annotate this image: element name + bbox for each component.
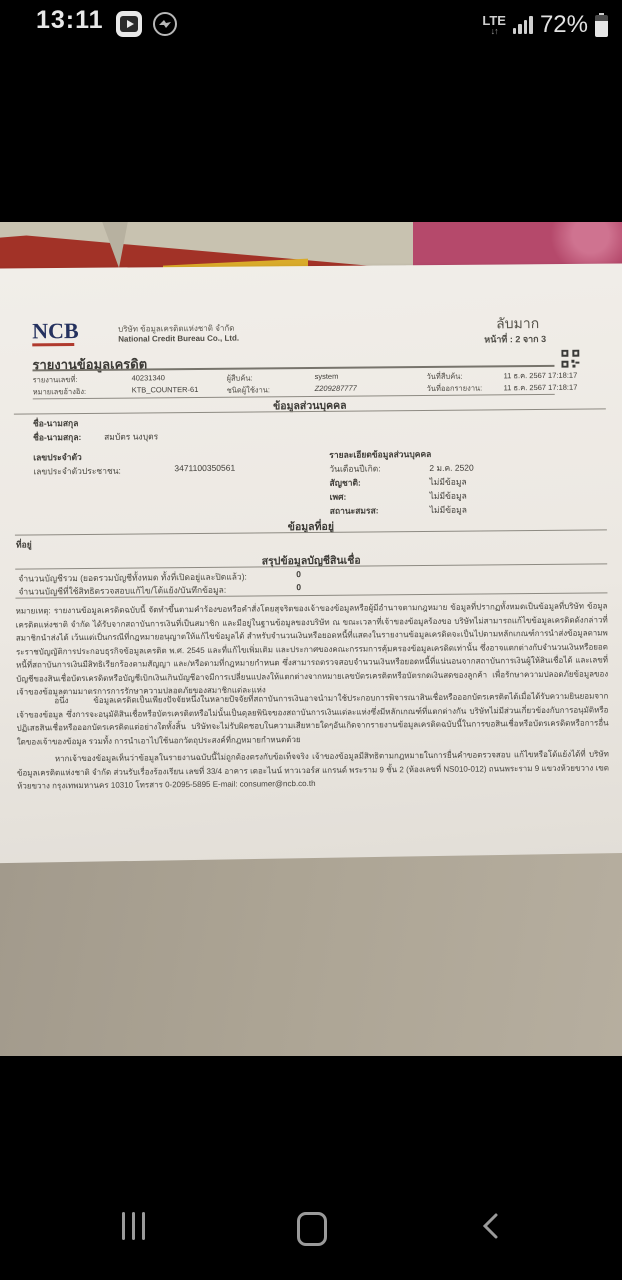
youtube-notification-icon <box>116 11 142 37</box>
phone-screen: 13:11 LTE ↓↑ 72% <box>0 0 622 1280</box>
name-value: สมบัตร นงบุตร <box>104 429 158 443</box>
inquiry-date-label: วันที่สืบค้น: <box>427 371 463 383</box>
note-paragraph: หมายเหตุ: รายงานข้อมูลเครดิตฉบับนี้ จัดท… <box>16 599 609 699</box>
birth-value: 2 ม.ค. 2520 <box>429 461 473 475</box>
recents-button[interactable] <box>122 1212 145 1240</box>
home-button[interactable] <box>297 1212 327 1246</box>
name-label: ชื่อ-นามสกุล: <box>33 430 81 444</box>
user-type-label: ชนิดผู้ใช้งาน: <box>227 384 270 396</box>
battery-percent: 72% <box>540 11 588 39</box>
marital-label: สถานะสมรส: <box>330 503 379 517</box>
summary-row2-value: 0 <box>296 582 301 592</box>
contact-paragraph: หากเจ้าของข้อมูลเห็นว่าข้อมูลในรายงานฉบั… <box>17 747 609 793</box>
report-title: รายงานข้อมูลเครดิต <box>32 353 147 375</box>
ncb-logo-text: NCB <box>32 320 79 342</box>
inquirer-value: system <box>315 372 339 381</box>
id-value: 3471100350561 <box>174 463 235 474</box>
inquiry-date-value: 11 ธ.ค. 2567 17:18:17 <box>504 370 578 383</box>
battery-icon <box>595 13 608 37</box>
detail-header: รายละเอียดข้อมูลส่วนบุคคล <box>329 447 431 462</box>
navigation-bar <box>0 1190 622 1280</box>
signal-strength-icon <box>513 16 533 34</box>
inquirer-label: ผู้สืบค้น: <box>227 373 253 385</box>
report-no-label: รายงานเลขที่: <box>33 374 78 386</box>
credit-report: NCB บริษัท ข้อมูลเครดิตแห่งชาติ จำกัด Na… <box>0 219 622 864</box>
company-name-en: National Credit Bureau Co., Ltd. <box>118 334 239 344</box>
report-date-value: 11 ธ.ค. 2567 17:18:17 <box>504 382 578 395</box>
name-header: ชื่อ-นามสกุล <box>33 416 79 430</box>
paper-fold-underside <box>0 853 622 1056</box>
summary-row1-value: 0 <box>296 569 301 579</box>
address-label: ที่อยู่ <box>16 537 32 551</box>
ncb-logo: NCB <box>32 320 79 346</box>
id-label: เลขประจำตัวประชาชน: <box>33 464 121 479</box>
marital-value: ไม่มีข้อมูล <box>430 503 467 517</box>
user-type-value: Z209287777 <box>315 384 357 393</box>
messenger-notification-icon <box>152 11 178 37</box>
nationality-label: สัญชาติ: <box>329 476 360 490</box>
disclaimer-paragraph: อนึ่ง ข้อมูลเครดิตเป็นเพียงปัจจัยหนึ่งใน… <box>16 689 608 748</box>
status-bar: 13:11 LTE ↓↑ 72% <box>0 0 622 50</box>
gender-value: ไม่มีข้อมูล <box>430 489 467 503</box>
ref-label: หมายเลขอ้างอิง: <box>33 386 87 398</box>
ncb-logo-underline <box>32 343 74 346</box>
report-no-value: 40231340 <box>132 373 165 382</box>
back-button[interactable] <box>480 1212 500 1240</box>
id-header: เลขประจำตัว <box>33 450 82 464</box>
ref-value: KTB_COUNTER-61 <box>132 385 199 395</box>
report-date-label: วันที่ออกรายงาน: <box>427 383 483 395</box>
birth-label: วันเดือนปีเกิด: <box>329 461 380 475</box>
nationality-value: ไม่มีข้อมูล <box>429 475 466 489</box>
data-arrows-icon: ↓↑ <box>491 27 498 36</box>
clock: 13:11 <box>36 6 104 35</box>
gender-label: เพศ: <box>330 490 347 504</box>
page-number: หน้าที่ : 2 จาก 3 <box>484 332 546 347</box>
network-type-indicator: LTE ↓↑ <box>482 14 506 36</box>
